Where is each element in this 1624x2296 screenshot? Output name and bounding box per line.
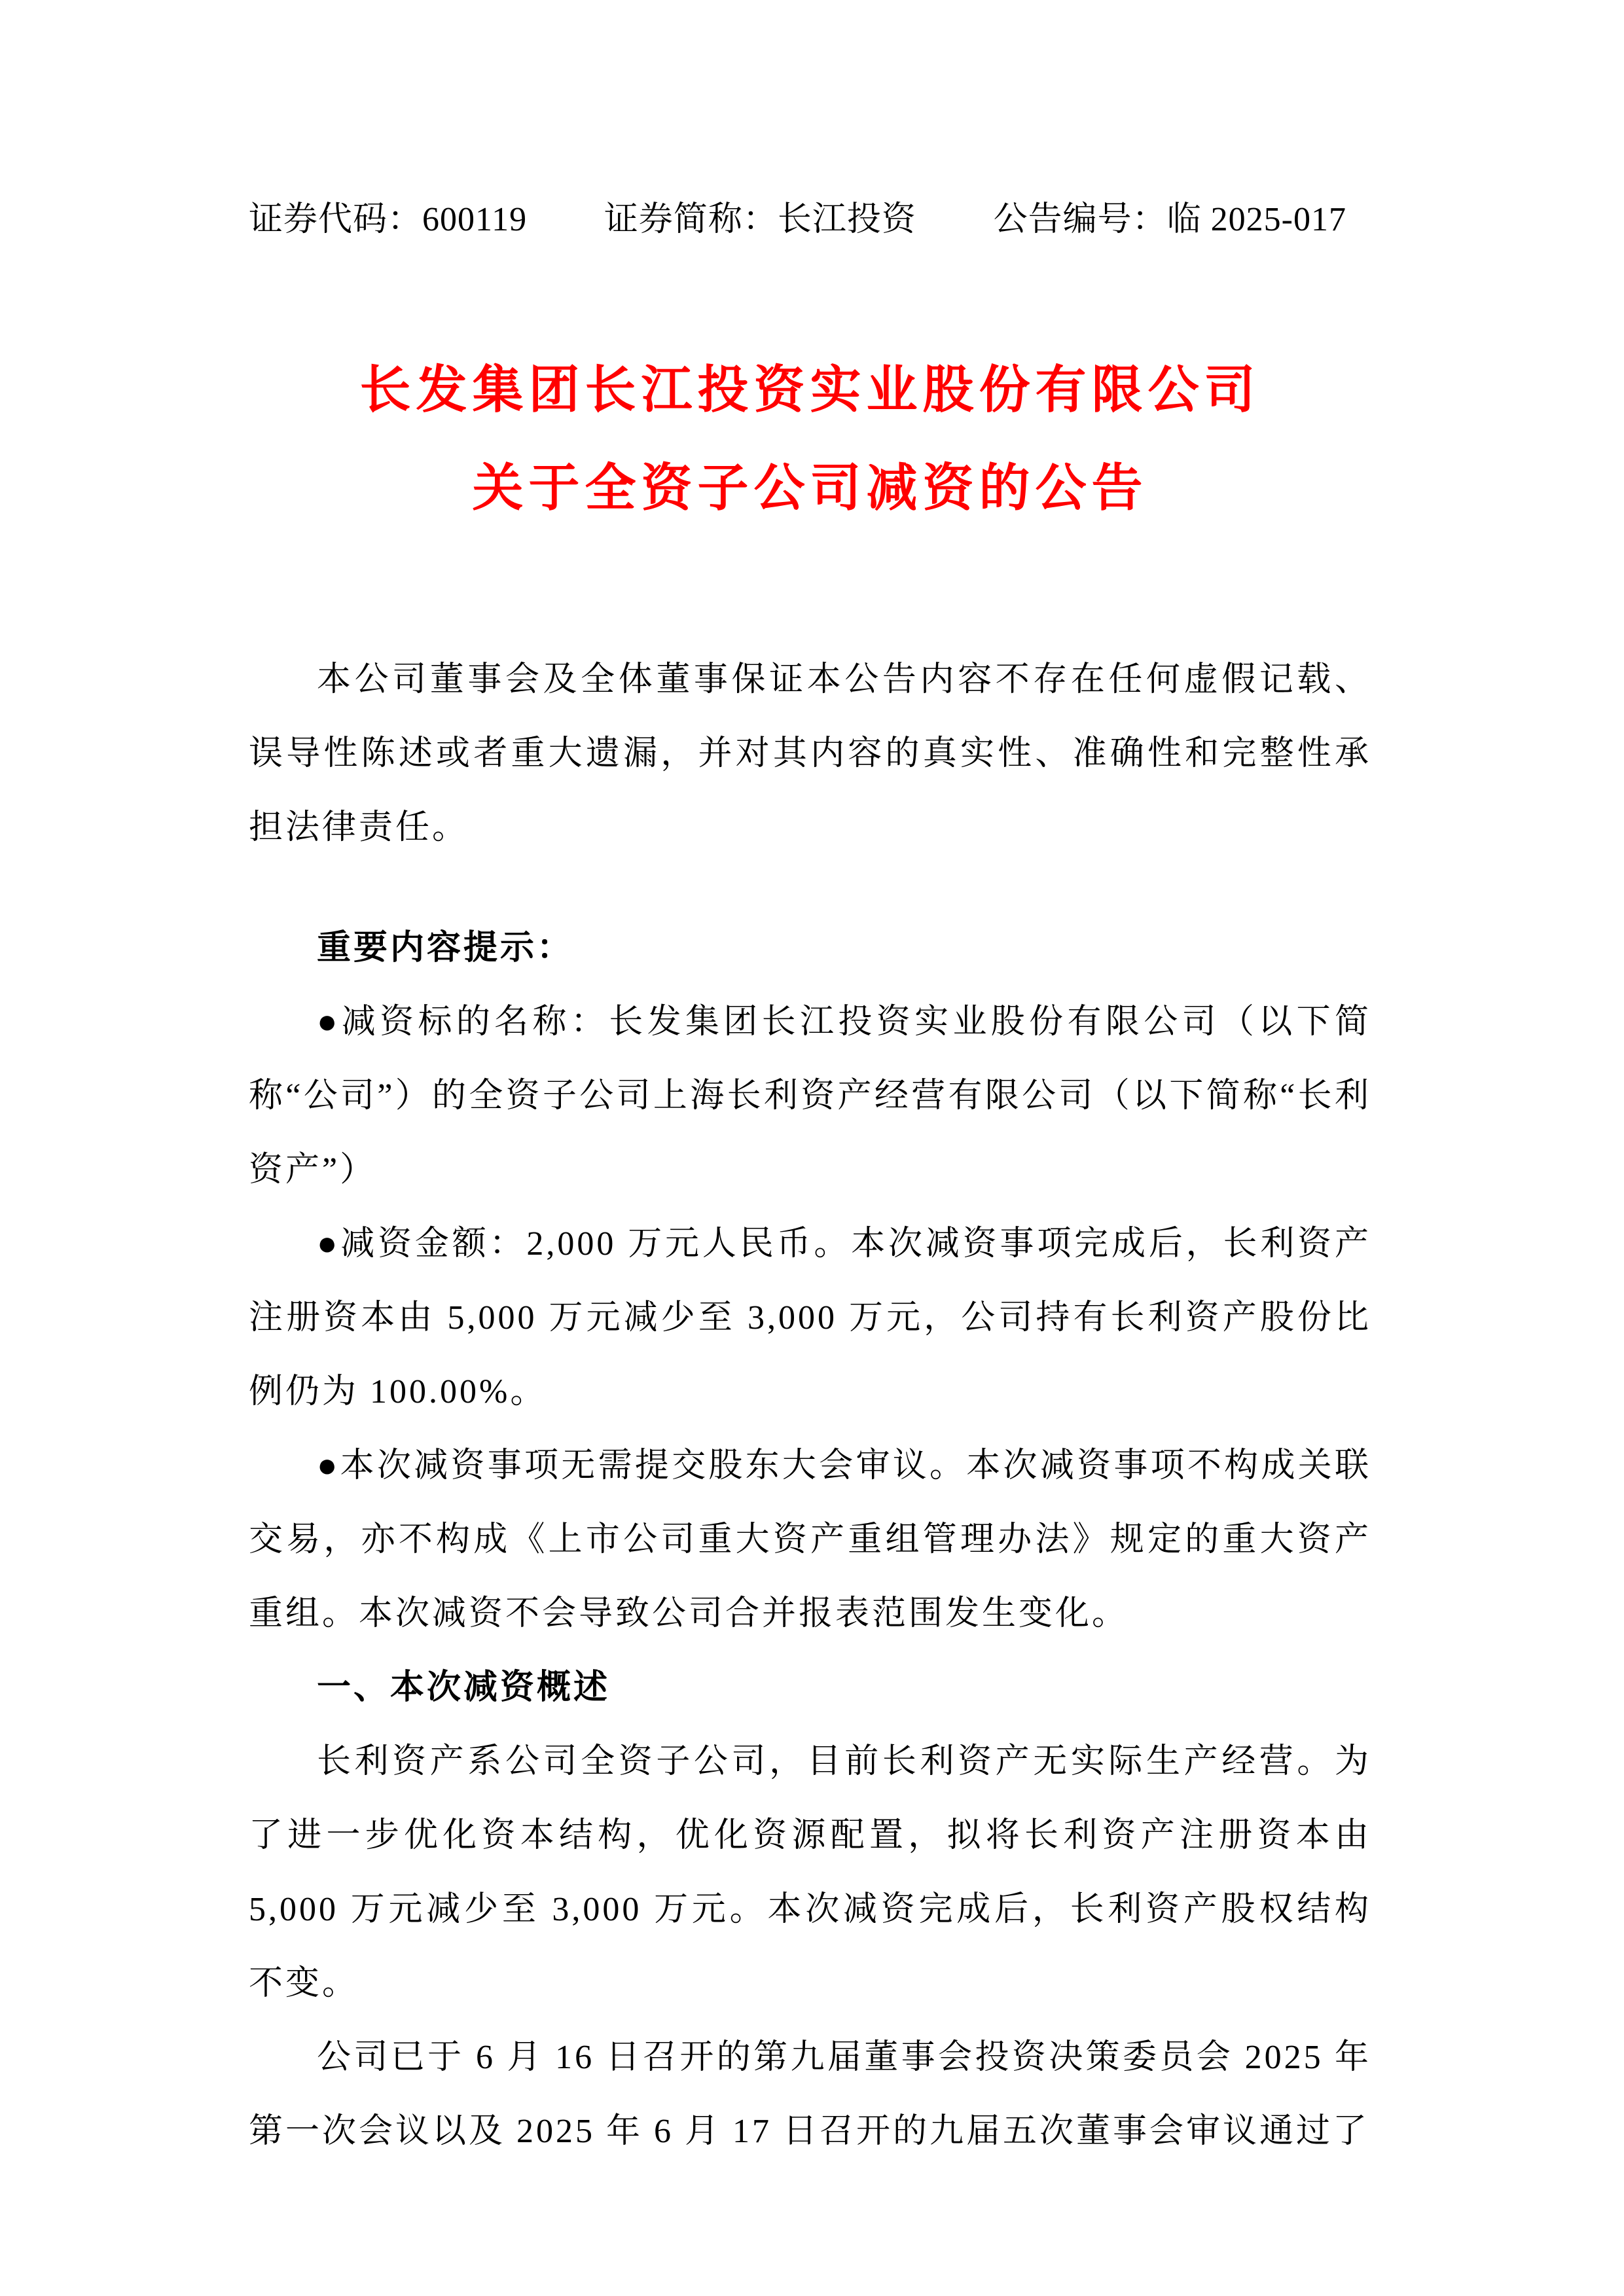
body-paragraph-board-meeting: 公司已于 6 月 16 日召开的第九届董事会投资决策委员会 2025 年第一次会… [249, 2020, 1371, 2168]
document-title-line-1: 长发集团长江投资实业股份有限公司 [249, 340, 1371, 439]
stock-short-name-label: 证券简称：长江投资 [604, 200, 916, 240]
announcement-page: 证券代码：600119 证券简称：长江投资 公告编号：临 2025-017 长发… [0, 0, 1624, 2296]
section-heading-overview: 一、本次减资概述 [249, 1651, 1371, 1725]
document-title-line-2: 关于全资子公司减资的公告 [249, 439, 1371, 537]
notice-bullet-approval-statement: ●本次减资事项无需提交股东大会审议。本次减资事项不构成关联交易，亦不构成《上市公… [249, 1429, 1371, 1651]
notice-bullet-reduction-target: ●减资标的名称：长发集团长江投资实业股份有限公司（以下简称“公司”）的全资子公司… [249, 985, 1371, 1207]
stock-info-header: 证券代码：600119 证券简称：长江投资 公告编号：临 2025-017 [249, 200, 1371, 240]
document-title: 长发集团长江投资实业股份有限公司 关于全资子公司减资的公告 [249, 340, 1371, 537]
stock-code-label: 证券代码：600119 [249, 200, 527, 240]
announcement-number-label: 公告编号：临 2025-017 [994, 200, 1346, 240]
notice-bullet-reduction-amount: ●减资金额：2,000 万元人民币。本次减资事项完成后，长利资产注册资本由 5,… [249, 1207, 1371, 1429]
important-notice-heading: 重要内容提示： [249, 911, 1371, 985]
disclaimer-paragraph: 本公司董事会及全体董事保证本公告内容不存在任何虚假记载、误导性陈述或者重大遗漏，… [249, 643, 1371, 865]
body-paragraph-overview: 长利资产系公司全资子公司，目前长利资产无实际生产经营。为了进一步优化资本结构，优… [249, 1725, 1371, 2020]
